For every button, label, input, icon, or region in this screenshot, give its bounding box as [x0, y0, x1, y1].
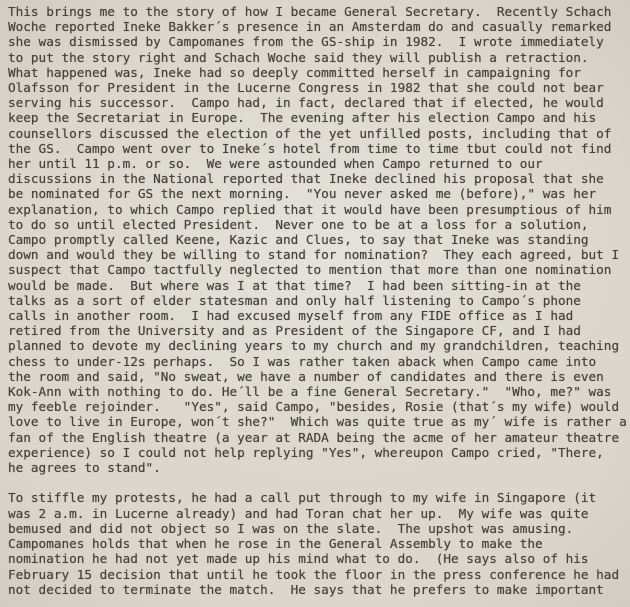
paragraph-general-secretary-story: This brings me to the story of how I bec… [8, 4, 630, 475]
document-page: This brings me to the story of how I bec… [0, 0, 630, 607]
paragraph-stifle-protests: To stiffle my protests, he had a call pu… [8, 490, 630, 596]
